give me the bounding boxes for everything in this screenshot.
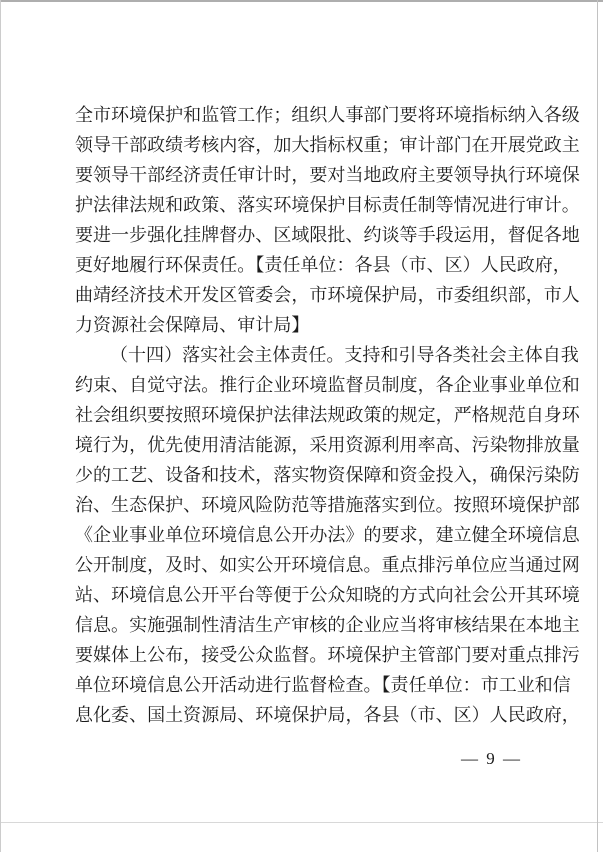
document-page: 全市环境保护和监管工作；组织人事部门要将环境指标纳入各级领导干部政绩考核内容，加… [0,0,603,852]
text-line: 力资源社会保障局、审计局】 [75,310,583,340]
text-line: 曲靖经济技术开发区管委会，市环境保护局，市委组织部，市人 [75,280,583,310]
text-line: 要媒体上公布，接受公众监督。环境保护主管部门要对重点排污 [75,640,583,670]
text-line: 治、生态保护、环境风险防范等措施落实到位。按照环境保护部 [75,490,583,520]
text-line: （十四）落实社会主体责任。支持和引导各类社会主体自我 [75,340,583,370]
text-line: 信息。实施强制性清洁生产审核的企业应当将审核结果在本地主 [75,610,583,640]
text-line: 站、环境信息公开平台等便于公众知晓的方式向社会公开其环境 [75,580,583,610]
document-body-text: 全市环境保护和监管工作；组织人事部门要将环境指标纳入各级领导干部政绩考核内容，加… [75,100,583,730]
page-number: — 9 — [461,750,522,767]
text-line: 领导干部政绩考核内容，加大指标权重；审计部门在开展党政主 [75,130,583,160]
text-line: 单位环境信息公开活动进行监督检查。【责任单位：市工业和信 [75,670,583,700]
text-line: 息化委、国土资源局、环境保护局，各县（市、区）人民政府， [75,700,583,730]
scan-border-top [0,0,603,2]
text-line: 社会组织要按照环境保护法律法规政策的规定，严格规范自身环 [75,400,583,430]
text-line: 少的工艺、设备和技术，落实物资保障和资金投入，确保污染防 [75,460,583,490]
text-line: 要进一步强化挂牌督办、区域限批、约谈等手段运用，督促各地 [75,220,583,250]
text-line: 约束、自觉守法。推行企业环境监督员制度，各企业事业单位和 [75,370,583,400]
text-line: 《企业事业单位环境信息公开办法》的要求，建立健全环境信息 [75,520,583,550]
scan-border-bottom [0,822,603,823]
text-line: 公开制度，及时、如实公开环境信息。重点排污单位应当通过网 [75,550,583,580]
text-line: 更好地履行环保责任。【责任单位：各县（市、区）人民政府， [75,250,583,280]
scan-border-left [0,0,1,852]
text-line: 要领导干部经济责任审计时，要对当地政府主要领导执行环境保 [75,160,583,190]
scan-border-right [597,0,598,852]
text-line: 全市环境保护和监管工作；组织人事部门要将环境指标纳入各级 [75,100,583,130]
text-line: 境行为，优先使用清洁能源，采用资源利用率高、污染物排放量 [75,430,583,460]
text-line: 护法律法规和政策、落实环境保护目标责任制等情况进行审计。 [75,190,583,220]
